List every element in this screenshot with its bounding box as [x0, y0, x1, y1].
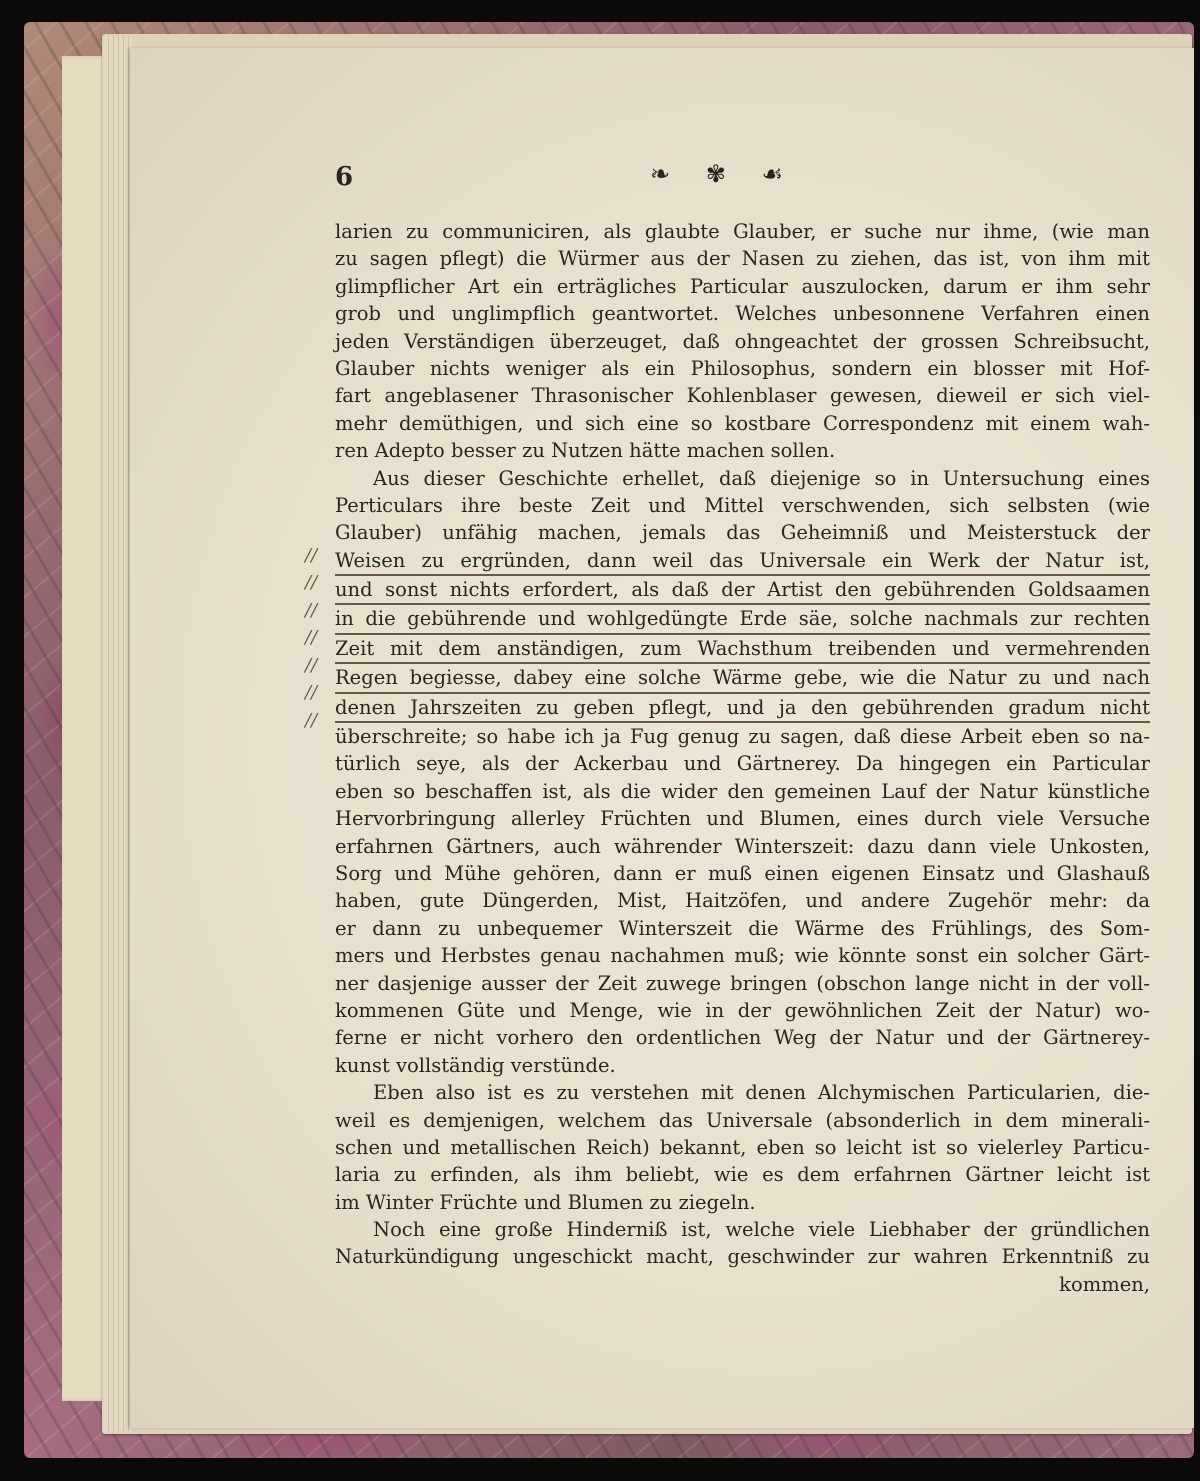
text-line: er dann zu unbequemer Winterszeit die Wä… [335, 915, 1150, 942]
underlined-line: Regen begiesse, dabey eine solche Wärme … [335, 664, 1150, 693]
margin-mark: // [305, 682, 317, 703]
text-line: im Winter Früchte und Blumen zu ziegeln. [335, 1189, 1150, 1216]
text-line: schen und metallischen Reich) bekannt, e… [335, 1134, 1150, 1161]
text-line: haben, gute Düngerden, Mist, Haitzöfen, … [335, 887, 1150, 914]
text-line: Glauber) unfähig machen, jemals das Gehe… [335, 519, 1150, 546]
underlined-line: denen Jahrszeiten zu geben pflegt, und j… [335, 694, 1150, 723]
underlined-line: und sonst nichts erfordert, als daß der … [335, 576, 1150, 605]
underlined-line: Weisen zu ergründen, dann weil das Unive… [335, 547, 1150, 576]
margin-mark: // [305, 572, 317, 593]
text-line: mehr demüthigen, und sich eine so kostba… [335, 410, 1150, 437]
text-line: ner dasjenige ausser der Zeit zuwege bri… [335, 970, 1150, 997]
text-line: kommenen Güte und Menge, wie in der gewö… [335, 997, 1150, 1024]
text-line: Perticulars ihre beste Zeit und Mittel v… [335, 492, 1150, 519]
text-line: Hervorbringung allerley Früchten und Blu… [335, 805, 1150, 832]
text-line: kunst vollständig verstünde. [335, 1052, 1150, 1079]
text-line: glimpflicher Art ein erträgliches Partic… [335, 273, 1150, 300]
text-line: jeden Verständigen überzeuget, daß ohnge… [335, 328, 1150, 355]
margin-mark: // [305, 655, 317, 676]
text-line: eben so beschaffen ist, als die wider de… [335, 778, 1150, 805]
body-text: larien zu communiciren, als glaubte Glau… [335, 218, 1150, 1298]
text-line: laria zu erfinden, als ihm beliebt, wie … [335, 1161, 1150, 1188]
text-line: larien zu communiciren, als glaubte Glau… [335, 218, 1150, 245]
text-line: ren Adepto besser zu Nutzen hätte machen… [335, 437, 1150, 464]
text-line: ferne er nicht vorhero den ordentlichen … [335, 1024, 1150, 1051]
text-line: Noch eine große Hinderniß ist, welche vi… [335, 1216, 1150, 1243]
text-line: überschreite; so habe ich ja Fug genug z… [335, 723, 1150, 750]
text-line: grob und unglimpflich geantwortet. Welch… [335, 300, 1150, 327]
page-edges [104, 36, 132, 1431]
underlined-line: Zeit mit dem anständigen, zum Wachsthum … [335, 635, 1150, 664]
text-line: erfahrnen Gärtners, auch währender Winte… [335, 833, 1150, 860]
margin-mark: // [305, 600, 317, 621]
text-line: Aus dieser Geschichte erhellet, daß diej… [335, 465, 1150, 492]
margin-mark: // [305, 545, 317, 566]
page-number: 6 [335, 162, 353, 192]
underlined-line: in die gebührende und wohlgedüngte Erde … [335, 605, 1150, 634]
text-line: mers und Herbstes genau nachahmen muß; w… [335, 942, 1150, 969]
text-line: Eben also ist es zu verstehen mit denen … [335, 1079, 1150, 1106]
text-line: weil es demjenigen, welchem das Universa… [335, 1107, 1150, 1134]
text-line: zu sagen pflegt) die Würmer aus der Nase… [335, 245, 1150, 272]
catchword: kommen, [335, 1271, 1150, 1298]
text-line: Sorg und Mühe gehören, dann er muß einen… [335, 860, 1150, 887]
header-ornament: ❧ ✾ ☙ [650, 160, 797, 188]
text-line: türlich seye, als der Ackerbau und Gärtn… [335, 750, 1150, 777]
text-line: Naturkündigung ungeschickt macht, geschw… [335, 1243, 1150, 1270]
margin-mark: // [305, 710, 317, 731]
text-line: fart angeblasener Thrasonischer Kohlenbl… [335, 382, 1150, 409]
margin-mark: // [305, 627, 317, 648]
text-line: Glauber nichts weniger als ein Philosoph… [335, 355, 1150, 382]
